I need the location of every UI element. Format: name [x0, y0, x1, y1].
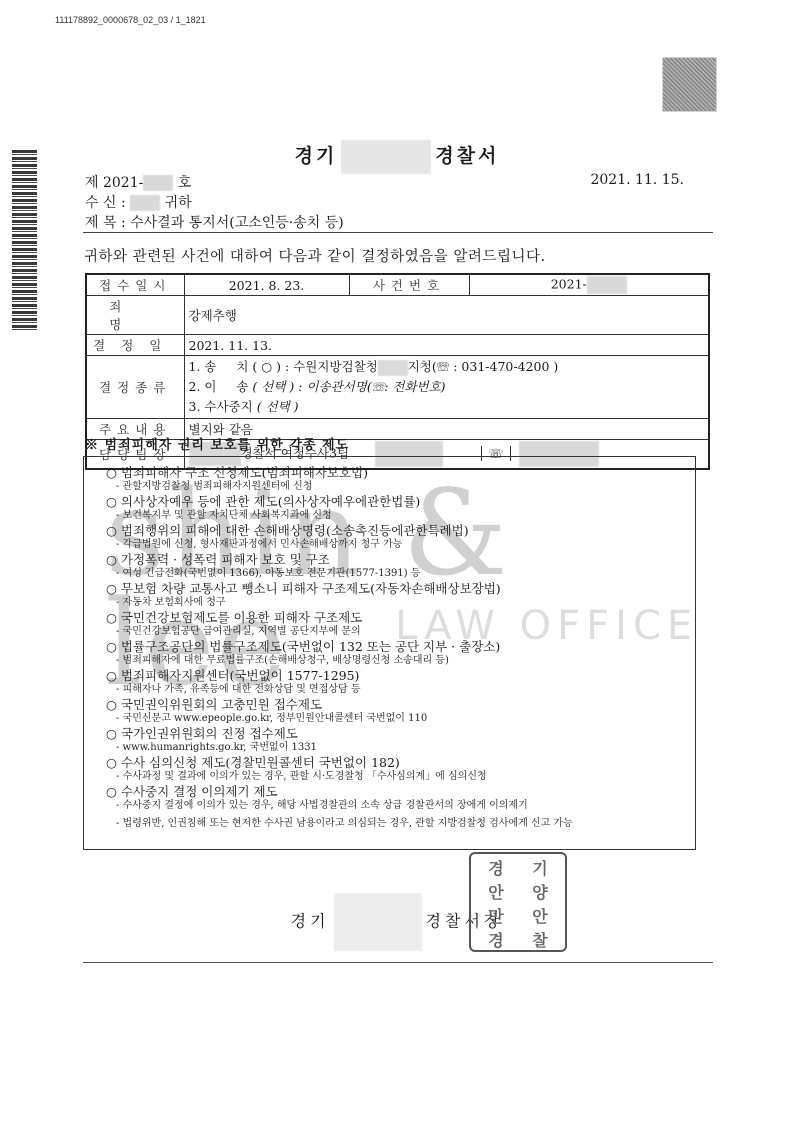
sign-prefix: 경기	[291, 912, 330, 931]
divider	[83, 962, 713, 963]
number-prefix: 제 2021-	[85, 175, 143, 191]
seal-char: 만	[475, 906, 517, 928]
seal-char: 찰	[519, 930, 561, 952]
program-item: ○ 국가인권위원회의 진정 접수제도- www.humanrights.go.k…	[106, 726, 695, 754]
program-detail: - 여성 긴급전화(국번없이 1366), 아동보호 전문기관(1577-139…	[106, 568, 695, 580]
decision-1: 1. 송 치 ( ○ ) : 수원지방검찰청지청(☏ : 031-470-420…	[189, 357, 705, 377]
notice-text: 귀하와 관련된 사건에 대하여 다음과 같이 결정하였음을 알려드립니다.	[84, 245, 546, 266]
program-detail: - www.humanrights.go.kr, 국번없이 1331	[106, 742, 695, 754]
decision-detail-suffix: 지청(☏ : 031-470-4200 )	[408, 359, 559, 374]
redacted-block	[378, 360, 408, 376]
seal-char: 경	[475, 858, 517, 880]
program-detail: - 수사중지 결정에 이의가 있는 경우, 해당 사법경찰관의 소속 상급 경찰…	[106, 800, 695, 812]
subject-label: 제 목 :	[85, 215, 126, 231]
official-seal-icon: 경기안양만안경찰	[469, 852, 567, 952]
program-item: ○ 범죄행위의 피해에 대한 손해배상명령(소송촉진등에관한특례법)- 각급법원…	[106, 523, 695, 551]
charge: 강제추행	[184, 296, 709, 335]
decision-detail: : 수원지방검찰청	[285, 359, 378, 374]
program-title: ○ 무보험 차량 교통사고 뺑소니 피해자 구조제도(자동차손해배상보장법)	[106, 581, 695, 597]
received-date: 2021. 8. 23.	[184, 274, 349, 296]
program-detail: - 자동차 보험회사에 청구	[106, 597, 695, 609]
charge-label: 죄 명	[86, 296, 184, 335]
issue-date: 2021. 11. 15.	[590, 172, 684, 188]
decision-num: 3. 수사중지	[189, 399, 253, 414]
program-detail: - 피해자나 가족, 유족등에 대한 전화상담 및 면접상담 등	[106, 684, 695, 696]
divider	[83, 232, 713, 233]
redacted-block	[334, 893, 422, 951]
subject-text: 수사결과 통지서(고소인등·송치 등)	[130, 215, 344, 231]
program-item: ○ 국민건강보험제도를 이용한 피해자 구조제도- 국민건강보험공단 급여관리실…	[106, 610, 695, 638]
program-detail: - 국민건강보험공단 급여관리실, 지역별 공단지부에 문의	[106, 626, 695, 638]
decision-num: 2. 이	[189, 379, 217, 394]
barcode	[12, 150, 37, 330]
table-row: 결정일 2021. 11. 13.	[86, 335, 709, 356]
table-row: 결정종류 1. 송 치 ( ○ ) : 수원지방검찰청지청(☏ : 031-47…	[86, 356, 709, 419]
decision-name: 송	[236, 379, 248, 394]
program-item: ○ 가정폭력 · 성폭력 피해자 보호 및 구조- 여성 긴급전화(국번없이 1…	[106, 552, 695, 580]
program-title: ○ 국민권익위원회의 고충민원 접수제도	[106, 697, 695, 713]
case-no-label: 사건번호	[349, 274, 469, 296]
redacted-block	[341, 140, 431, 174]
program-item: ○ 범죄피해자 구조 신청제도(범죄피해자보호법)- 관할지방검찰청 범죄피해자…	[106, 465, 695, 493]
program-item: ○ 법률구조공단의 법률구조제도(국번없이 132 또는 공단 지부 · 출장소…	[106, 639, 695, 667]
seal-char: 기	[519, 858, 561, 880]
recipient-suffix: 귀하	[165, 195, 192, 211]
program-title: ○ 범죄피해자 구조 신청제도(범죄피해자보호법)	[106, 465, 695, 481]
issuer-signature: 경기경찰서장	[0, 893, 794, 951]
program-title: ○ 범죄행위의 피해에 대한 손해배상명령(소송촉진등에관한특례법)	[106, 523, 695, 539]
program-title: ○ 국민건강보험제도를 이용한 피해자 구조제도	[106, 610, 695, 626]
title-suffix: 경찰서	[435, 145, 499, 167]
decision-mark: ( ○ )	[252, 359, 281, 374]
redacted-block	[143, 175, 173, 191]
seal-char: 양	[519, 882, 561, 904]
program-item: ○ 의사상자예우 등에 관한 제도(의사상자예우에관한법률)- 보건복지부 및 …	[106, 494, 695, 522]
decision-3: 3. 수사중지 ( 선택 )	[189, 397, 705, 417]
decision-detail: : 이송관서명(☏: 전화번호)	[298, 379, 445, 394]
program-detail: - 법령위반, 인권침해 또는 현저한 수사권 남용이라고 의심되는 경우, 관…	[106, 818, 695, 830]
program-detail: - 보건복지부 및 관할 자치단체 사회복지과에 신청	[106, 510, 695, 522]
table-row: 죄 명 강제추행	[86, 296, 709, 335]
program-detail: - 각급법원에 신청, 형사재판과정에서 민사손해배상까지 청구 가능	[106, 539, 695, 551]
program-item: ○ 무보험 차량 교통사고 뺑소니 피해자 구조제도(자동차손해배상보장법)- …	[106, 581, 695, 609]
title-prefix: 경기	[295, 145, 338, 167]
redacted-block	[587, 276, 627, 294]
recipient-label: 수 신 :	[85, 195, 126, 211]
seal-char: 경	[475, 930, 517, 952]
program-title: ○ 수사중지 결정 이의제기 제도	[106, 784, 695, 800]
program-title: ○ 국가인권위원회의 진정 접수제도	[106, 726, 695, 742]
program-title: ○ 의사상자예우 등에 관한 제도(의사상자예우에관한법률)	[106, 494, 695, 510]
program-item: ○ 수사중지 결정 이의제기 제도- 수사중지 결정에 이의가 있는 경우, 해…	[106, 784, 695, 830]
program-detail: - 수사과정 및 결과에 이의가 있는 경우, 관할 시·도경찰청 「수사심의계…	[106, 771, 695, 783]
program-title: ○ 범죄피해자지원센터(국번없이 1577-1295)	[106, 668, 695, 684]
section-title: ※ 범죄피해자 권리 보호를 위한 각종 제도	[85, 434, 349, 453]
subject: 제 목 : 수사결과 통지서(고소인등·송치 등)	[85, 212, 344, 232]
qr-code	[662, 57, 717, 112]
decision-mark: ( 선택 )	[257, 399, 299, 414]
program-item: ○ 수사 심의신청 제도(경찰민원콜센터 국번없이 182)- 수사과정 및 결…	[106, 755, 695, 783]
program-detail: - 국민신문고 www.epeople.go.kr, 정부민원안내콜센터 국번없…	[106, 713, 695, 725]
number-suffix: 호	[178, 175, 192, 191]
table-row: 접수일시 2021. 8. 23. 사건번호 2021-	[86, 274, 709, 296]
program-detail: - 관할지방검찰청 범죄피해자지원센터에 신청	[106, 481, 695, 493]
decision-num: 1. 송	[189, 359, 217, 374]
decision-mark: ( 선택 )	[252, 379, 294, 394]
decision-date-label: 결정일	[86, 335, 184, 356]
decision-2: 2. 이 송 ( 선택 ) : 이송관서명(☏: 전화번호)	[189, 377, 705, 397]
received-label: 접수일시	[86, 274, 184, 296]
decision-date: 2021. 11. 13.	[184, 335, 709, 356]
program-title: ○ 가정폭력 · 성폭력 피해자 보호 및 구조	[106, 552, 695, 568]
recipient: 수 신 : 귀하	[85, 192, 192, 212]
page-title: 경기경찰서	[0, 140, 794, 174]
program-title: ○ 법률구조공단의 법률구조제도(국번없이 132 또는 공단 지부 · 출장소…	[106, 639, 695, 655]
decision-name: 치	[236, 359, 248, 374]
program-title: ○ 수사 심의신청 제도(경찰민원콜센터 국번없이 182)	[106, 755, 695, 771]
case-no-prefix: 2021-	[551, 277, 587, 292]
victim-rights-programs: ○ 범죄피해자 구조 신청제도(범죄피해자보호법)- 관할지방검찰청 범죄피해자…	[83, 456, 696, 850]
decision-type-label: 결정종류	[86, 356, 184, 419]
seal-char: 안	[519, 906, 561, 928]
decision-types: 1. 송 치 ( ○ ) : 수원지방검찰청지청(☏ : 031-470-420…	[184, 356, 709, 419]
document-number: 제 2021- 호	[85, 172, 191, 192]
case-no: 2021-	[469, 274, 709, 296]
program-item: ○ 국민권익위원회의 고충민원 접수제도- 국민신문고 www.epeople.…	[106, 697, 695, 725]
document-id: 111178892_0000678_02_03 / 1_1821	[55, 15, 206, 25]
redacted-block	[130, 195, 160, 211]
seal-char: 안	[475, 882, 517, 904]
program-item: ○ 범죄피해자지원센터(국번없이 1577-1295)- 피해자나 가족, 유족…	[106, 668, 695, 696]
program-detail: - 범죄피해자에 대한 무료법률구조(손해배상청구, 배상명령신청 소송대리 등…	[106, 655, 695, 667]
